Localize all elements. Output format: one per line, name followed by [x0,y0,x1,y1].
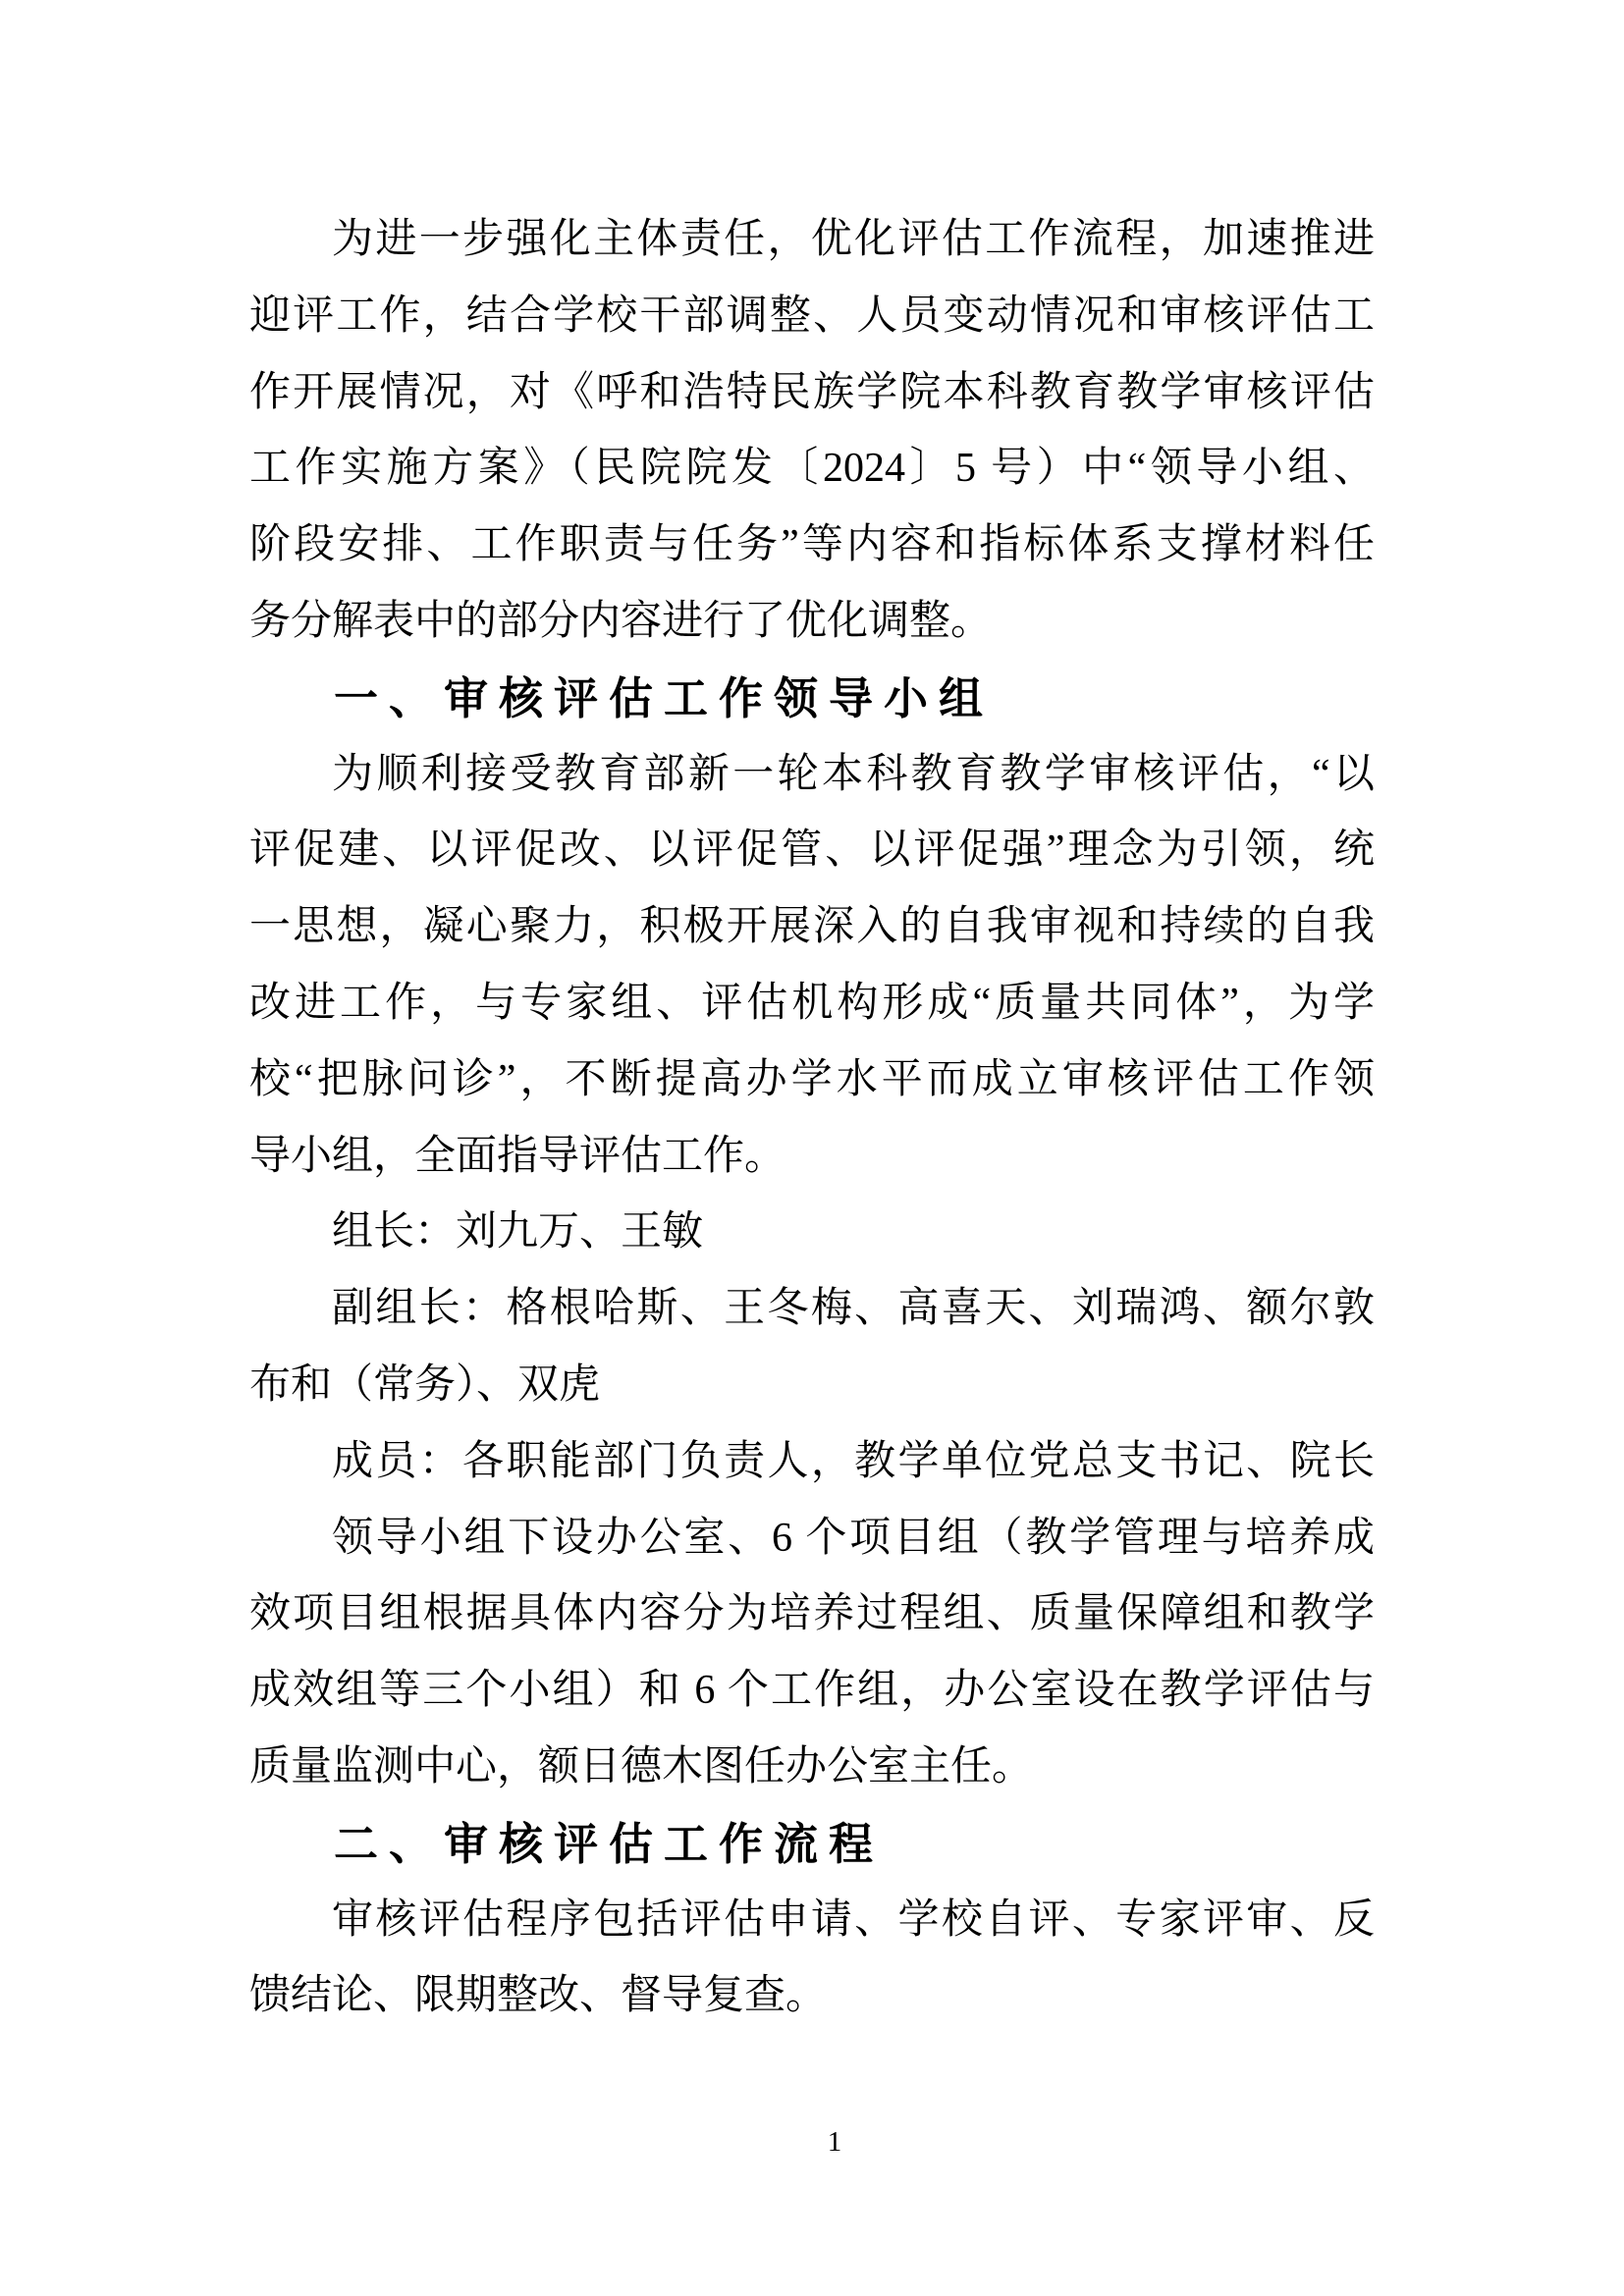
text-line: 校“把脉问诊”，不断提高办学水平而成立审核评估工作领 [249,1042,1375,1119]
text-line: 务分解表中的部分内容进行了优化调整。 [249,584,1375,661]
text-line: 评促建、以评促改、以评促管、以评促强”理念为引领，统 [249,813,1375,889]
text-line: 改进工作，与专家组、评估机构形成“质量共同体”，为学 [249,966,1375,1042]
text-line: 领导小组下设办公室、6 个项目组（教学管理与培养成 [249,1501,1375,1577]
text-line: 质量监测中心，额日德木图任办公室主任。 [249,1730,1375,1806]
text-line: 工作实施方案》（民院院发〔2024〕5 号）中“领导小组、 [249,431,1375,507]
text-line: 布和（常务）、双虎 [249,1348,1375,1424]
text-line: 成效组等三个小组）和 6 个工作组，办公室设在教学评估与 [249,1653,1375,1730]
text-line-group-leader: 组长：刘九万、王敏 [249,1195,1375,1271]
document-page: 为进一步强化主体责任，优化评估工作流程，加速推进 迎评工作，结合学校干部调整、人… [0,0,1624,2296]
text-line: 为顺利接受教育部新一轮本科教育教学审核评估，“以 [249,737,1375,814]
text-line: 效项目组根据具体内容分为培养过程组、质量保障组和教学 [249,1576,1375,1653]
text-line-members: 成员：各职能部门负责人，教学单位党总支书记、院长 [249,1424,1375,1501]
section-heading-1: 一、审核评估工作领导小组 [249,661,1375,737]
text-line: 阶段安排、工作职责与任务”等内容和指标体系支撑材料任 [249,507,1375,584]
text-line: 馈结论、限期整改、督导复查。 [249,1958,1375,2035]
text-block: 为进一步强化主体责任，优化评估工作流程，加速推进 迎评工作，结合学校干部调整、人… [249,202,1375,2035]
text-line: 导小组，全面指导评估工作。 [249,1119,1375,1196]
page-number: 1 [0,2122,1624,2162]
text-line: 作开展情况，对《呼和浩特民族学院本科教育教学审核评估 [249,355,1375,432]
text-line-deputy-leaders: 副组长：格根哈斯、王冬梅、高喜天、刘瑞鸿、额尔敦 [249,1271,1375,1348]
text-line: 审核评估程序包括评估申请、学校自评、专家评审、反 [249,1883,1375,1959]
text-line: 迎评工作，结合学校干部调整、人员变动情况和审核评估工 [249,279,1375,355]
section-heading-2: 二、审核评估工作流程 [249,1806,1375,1883]
text-line: 一思想，凝心聚力，积极开展深入的自我审视和持续的自我 [249,889,1375,966]
text-line: 为进一步强化主体责任，优化评估工作流程，加速推进 [249,202,1375,279]
